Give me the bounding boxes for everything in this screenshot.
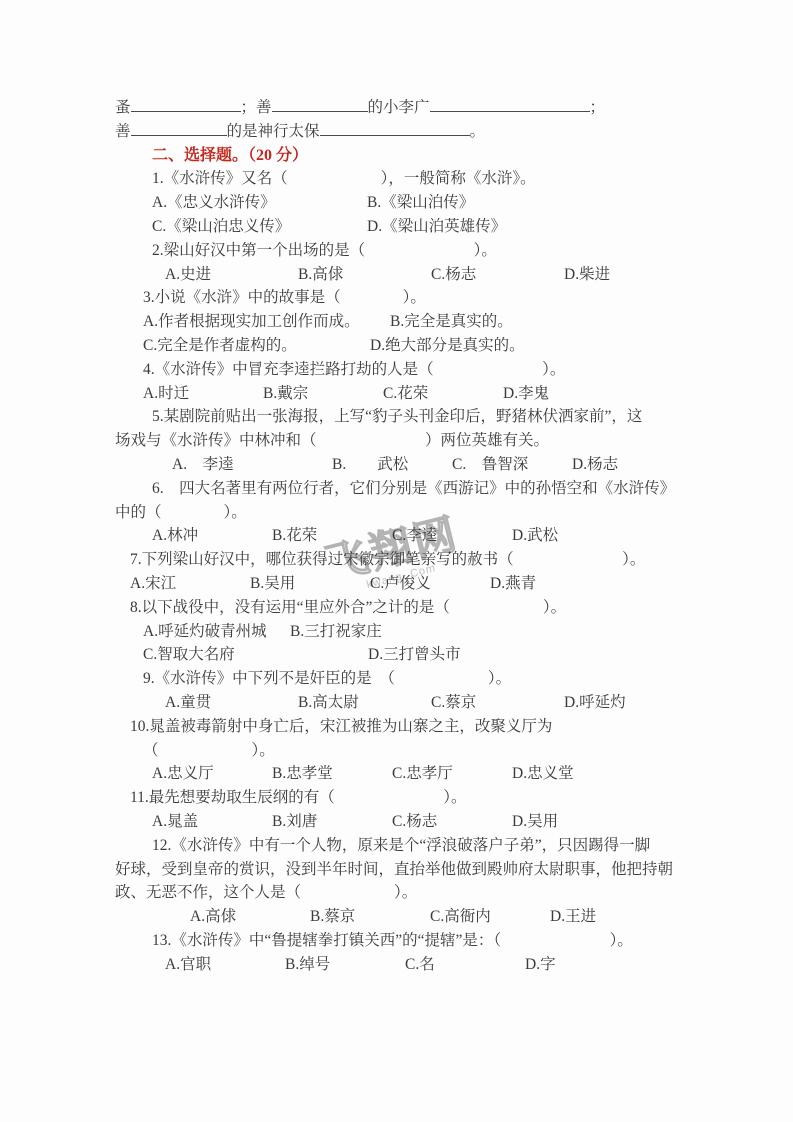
question-line: 9.《水浒传》中下列不是奸臣的是 （ ）。 — [115, 667, 735, 691]
text-segment: ；善 — [241, 99, 272, 116]
options-row: A.作者根据现实加工创作而成。B.完全是真实的。 — [115, 310, 735, 334]
question-line: （ ）。 — [115, 739, 735, 763]
option: B.刘唐 — [272, 810, 392, 834]
option: D.呼延灼 — [564, 691, 626, 715]
blank-underline — [272, 96, 368, 112]
option: A.官职 — [165, 953, 285, 977]
option: C. 鲁智深 — [452, 453, 572, 477]
option: B.花荣 — [272, 524, 392, 548]
question-line: 7.下列梁山好汉中，哪位获得过宋徽宗御笔亲写的赦书（ ）。 — [115, 548, 735, 572]
question-line: 4.《水浒传》中冒充李逵拦路打劫的人是（ ）。 — [115, 358, 735, 382]
option: A.《忠义水浒传》 — [152, 191, 367, 215]
option: D.燕青 — [490, 572, 536, 596]
option: A.时迁 — [143, 382, 263, 406]
options-row: A.官职B.绰号C.名D.字 — [115, 953, 735, 977]
options-row: C.智取大名府D.三打曾头市 — [115, 643, 735, 667]
option: D.吴用 — [512, 810, 558, 834]
option: C.花荣 — [383, 382, 503, 406]
question-line: 2.梁山好汉中第一个出场的是（ ）。 — [115, 239, 735, 263]
option: B.高俅 — [298, 263, 431, 287]
question-line: 11.最先想要劫取生辰纲的有（ ）。 — [115, 786, 735, 810]
question-line: 13.《水浒传》中“鲁提辖拳打镇关西”的“提辖”是：（ ）。 — [115, 929, 735, 953]
option: B.蔡京 — [310, 905, 430, 929]
option: A.高俅 — [190, 905, 310, 929]
option: D.柴进 — [564, 263, 610, 287]
option: A.作者根据现实加工创作而成。 — [143, 310, 390, 334]
question-line: 5.某剧院前贴出一张海报，上写“豹子头刊金印后，野猪林伏洒家前”，这 — [115, 405, 735, 429]
option: A.童贯 — [165, 691, 298, 715]
options-row: A.高俅B.蔡京C.高衙内D.王进 — [115, 905, 735, 929]
blank-underline — [131, 120, 227, 136]
fill-blank-line: 蚤；善的小李广； — [115, 96, 735, 120]
option: C.智取大名府 — [143, 643, 368, 667]
option: D.李鬼 — [503, 382, 549, 406]
text-segment: ； — [590, 99, 606, 116]
options-row: A.史进B.高俅C.杨志D.柴进 — [115, 263, 735, 287]
option: A.晁盖 — [152, 810, 272, 834]
options-row: A.呼延灼破青州城B.三打祝家庄 — [115, 620, 735, 644]
option: C.《梁山泊忠义传》 — [152, 215, 367, 239]
blank-underline — [430, 96, 590, 112]
question-line: 好球，受到皇帝的赏识，没到半年时间，直抬举他做到殿帅府太尉职事，他把持朝 — [115, 858, 735, 882]
question-line: 12.《水浒传》中有一个人物，原来是个“浮浪破落户子弟”，只因踢得一脚 — [115, 834, 735, 858]
options-row: A.晁盖B.刘唐C.杨志D.吴用 — [115, 810, 735, 834]
option: D.绝大部分是真实的。 — [370, 334, 525, 358]
option: B.三打祝家庄 — [290, 620, 382, 644]
option: D.武松 — [512, 524, 558, 548]
option: C.杨志 — [431, 263, 564, 287]
section-header: 二、选择题。（20 分） — [115, 144, 735, 168]
question-line: 10.晁盖被毒箭射中身亡后，宋江被推为山寨之主，改聚义厅为 — [115, 715, 735, 739]
option: C.杨志 — [392, 810, 512, 834]
blank-underline — [320, 120, 470, 136]
option: A. 李逵 — [172, 453, 332, 477]
options-row: A.《忠义水浒传》B.《梁山泊传》 — [115, 191, 735, 215]
option: C.高衙内 — [430, 905, 550, 929]
fill-blank-line: 善的是神行太保。 — [115, 120, 735, 144]
option: C.李逵 — [392, 524, 512, 548]
text-segment: 的是神行太保 — [227, 123, 320, 140]
option: D.王进 — [550, 905, 596, 929]
doc-lines: 蚤；善的小李广；善的是神行太保。二、选择题。（20 分）1.《水浒传》又名（ ）… — [115, 96, 735, 976]
option: B.绰号 — [285, 953, 405, 977]
blank-underline — [131, 96, 241, 112]
options-row: A.宋江B.吴用C.卢俊义D.燕青 — [115, 572, 735, 596]
option: C.完全是作者虚构的。 — [143, 334, 370, 358]
option: C.蔡京 — [431, 691, 564, 715]
question-line: 1.《水浒传》又名（ ），一般简称《水浒》。 — [115, 167, 735, 191]
option: C.忠孝厅 — [392, 762, 512, 786]
question-line: 中的（ ）。 — [115, 501, 735, 525]
option: D.《梁山泊英雄传》 — [367, 215, 506, 239]
option: C.卢俊义 — [370, 572, 490, 596]
text-segment: 。 — [470, 123, 486, 140]
option: D.忠义堂 — [512, 762, 574, 786]
options-row: A.林冲B.花荣C.李逵D.武松 — [115, 524, 735, 548]
question-line: 3.小说《水浒》中的故事是（ ）。 — [115, 286, 735, 310]
option: B.高太尉 — [298, 691, 431, 715]
option: A.忠义厅 — [152, 762, 272, 786]
option: B.忠孝堂 — [272, 762, 392, 786]
options-row: C.《梁山泊忠义传》D.《梁山泊英雄传》 — [115, 215, 735, 239]
text-segment: 蚤 — [115, 99, 131, 116]
text-segment: 的小李广 — [368, 99, 430, 116]
option: B.戴宗 — [263, 382, 383, 406]
option: A.史进 — [165, 263, 298, 287]
option: B.《梁山泊传》 — [367, 191, 474, 215]
option: D.字 — [525, 953, 556, 977]
options-row: A. 李逵B. 武松C. 鲁智深D.杨志 — [115, 453, 735, 477]
options-row: A.忠义厅B.忠孝堂C.忠孝厅D.忠义堂 — [115, 762, 735, 786]
option: D.三打曾头市 — [368, 643, 461, 667]
options-row: A.时迁B.戴宗C.花荣D.李鬼 — [115, 382, 735, 406]
question-line: 场戏与《水浒传》中林冲和（ ）两位英雄有关。 — [115, 429, 735, 453]
exam-page: 飞翔网 kwang. Com 蚤；善的小李广；善的是神行太保。二、选择题。（20… — [0, 0, 793, 1122]
option: C.名 — [405, 953, 525, 977]
options-row: C.完全是作者虚构的。D.绝大部分是真实的。 — [115, 334, 735, 358]
question-line: 政、无恶不作，这个人是（ ）。 — [115, 881, 735, 905]
option: B.完全是真实的。 — [390, 310, 513, 334]
option: A.宋江 — [130, 572, 250, 596]
option: A.林冲 — [152, 524, 272, 548]
text-segment: 善 — [115, 123, 131, 140]
question-line: 8.以下战役中，没有运用“里应外合”之计的是（ ）。 — [115, 596, 735, 620]
option: B. 武松 — [332, 453, 452, 477]
options-row: A.童贯B.高太尉C.蔡京D.呼延灼 — [115, 691, 735, 715]
option: D.杨志 — [572, 453, 618, 477]
option: B.吴用 — [250, 572, 370, 596]
option: A.呼延灼破青州城 — [143, 620, 290, 644]
question-line: 6. 四大名著里有两位行者，它们分别是《西游记》中的孙悟空和《水浒传》 — [115, 477, 735, 501]
